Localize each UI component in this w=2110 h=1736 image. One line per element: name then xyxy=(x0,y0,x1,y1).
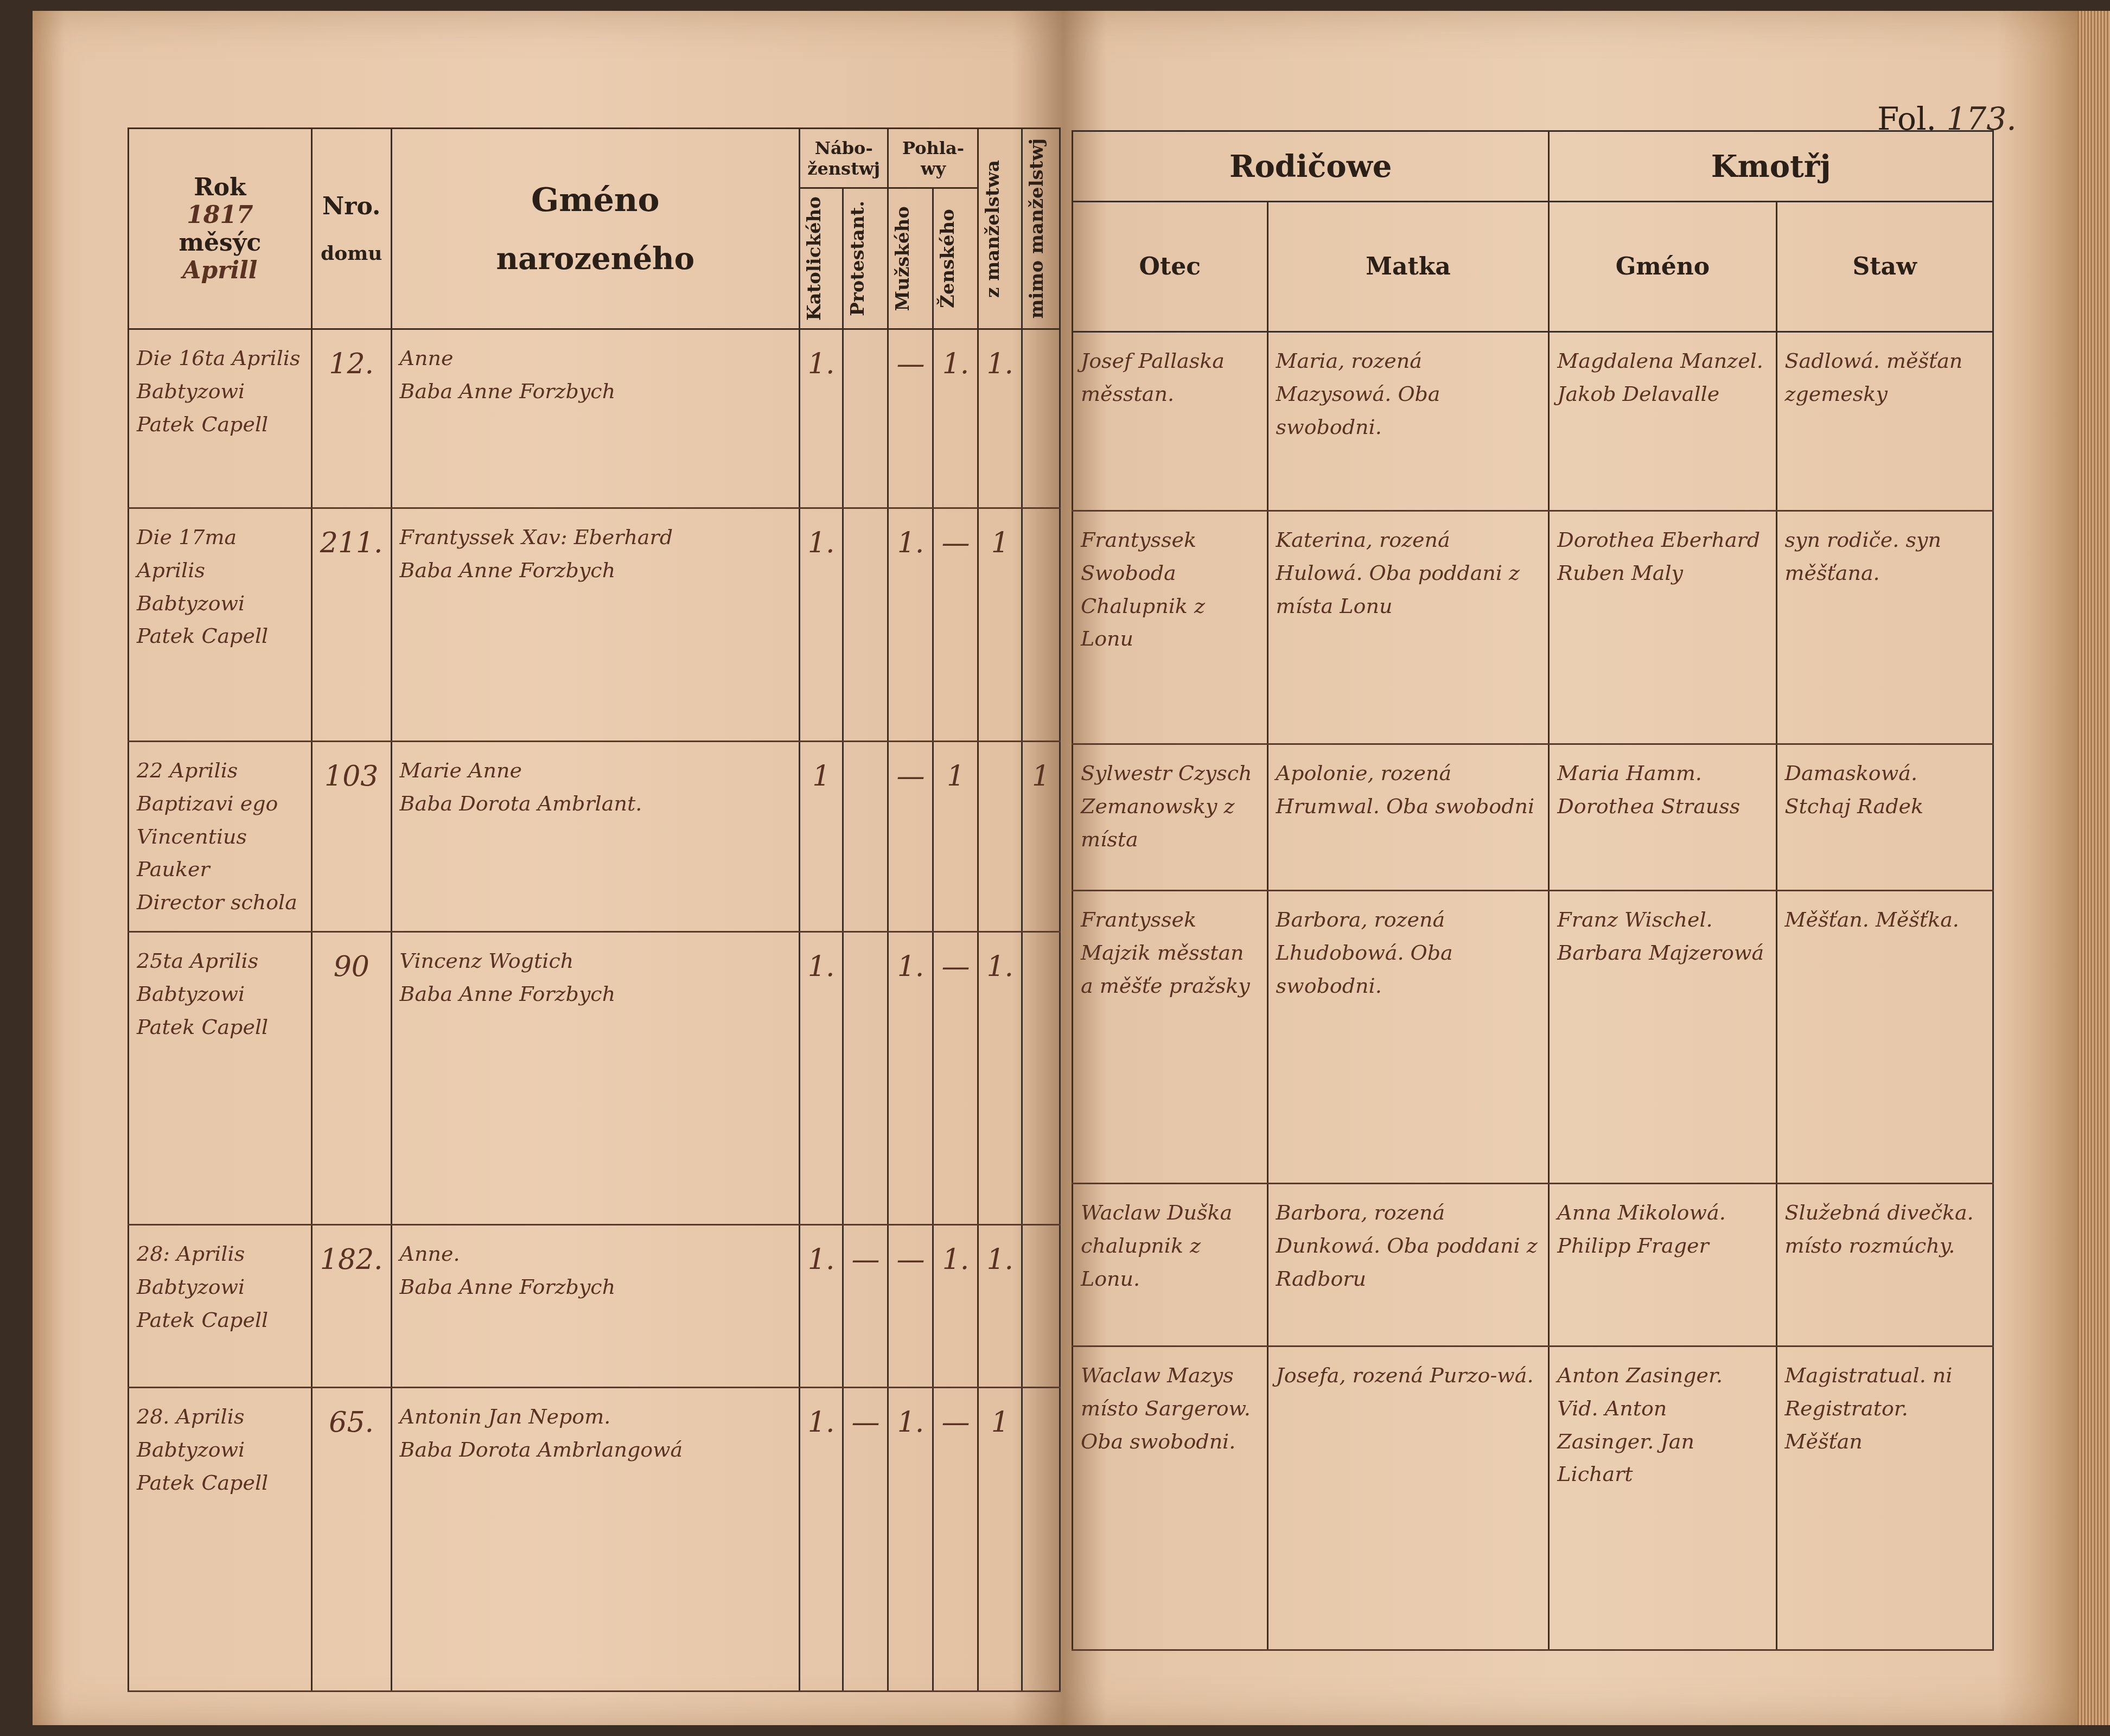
row-date: 28: Aprilis Babtyzowi Patek Capell xyxy=(129,1224,312,1387)
cell-muz: 1. xyxy=(888,508,933,742)
cell-staw: Sadlowá. měšťan zgemesky xyxy=(1776,332,1993,511)
birth-register-left: Rok 1817 měsýc Aprill Nro. domu Gméno na… xyxy=(128,127,1061,1692)
row-child: Anne.Baba Anne Forzbych xyxy=(391,1224,799,1387)
table-row: Waclaw Duška chalupnik z Lonu. Barbora, … xyxy=(1073,1184,1993,1346)
cell-prot xyxy=(843,329,888,508)
cell-otec: Waclaw Duška chalupnik z Lonu. xyxy=(1073,1184,1268,1346)
cell-prot xyxy=(843,742,888,932)
cell-kmotr: Anton Zasinger. Vid. Anton Zasinger. Jan… xyxy=(1549,1346,1776,1650)
cell-kmotr: Franz Wischel. Barbara Majzerowá xyxy=(1549,891,1776,1184)
cell-katol: 1 xyxy=(799,742,843,932)
header-house: Nro. domu xyxy=(311,129,391,329)
cell-manz: 1 xyxy=(978,508,1022,742)
cell-katol: 1. xyxy=(799,1224,843,1387)
table-row: 28: Aprilis Babtyzowi Patek Capell 182. … xyxy=(129,1224,1060,1387)
cell-manz: 1 xyxy=(978,1387,1022,1691)
midwife: Baba Dorota Ambrlangowá xyxy=(400,1433,791,1466)
child-name: Frantyssek Xav: Eberhard xyxy=(400,521,791,554)
cell-manz: 1. xyxy=(978,1224,1022,1387)
child-name: Vincenz Wogtich xyxy=(400,944,791,978)
header-nro: Nro. xyxy=(316,193,387,220)
header-religion: Nábo-ženstwj xyxy=(799,129,888,188)
header-kmotr-gmeno: Gméno xyxy=(1549,202,1776,332)
cell-manz xyxy=(978,742,1022,932)
cell-otec: Sylwestr Czysch Zemanowsky z místa xyxy=(1073,744,1268,891)
cell-muz: — xyxy=(888,742,933,932)
cell-kmotr: Magdalena Manzel. Jakob Delavalle xyxy=(1549,332,1776,511)
cell-manz: 1. xyxy=(978,931,1022,1224)
row-date: 22 Aprilis Baptizavi ego Vincentius Pauk… xyxy=(129,742,312,932)
cell-muz: 1. xyxy=(888,931,933,1224)
header-otec: Otec xyxy=(1073,202,1268,332)
cell-staw: Damaskowá. Stchaj Radek xyxy=(1776,744,1993,891)
header-rodicowe: Rodičowe xyxy=(1073,131,1549,202)
cell-matka: Barbora, rozená Lhudobowá. Oba swobodni. xyxy=(1267,891,1549,1184)
cell-kmotr: Anna Mikolowá. Philipp Frager xyxy=(1549,1184,1776,1346)
cell-zen: — xyxy=(933,931,978,1224)
table-row: Frantyssek Majzik měsstan a měšťe pražsk… xyxy=(1073,891,1993,1184)
cell-otec: Frantyssek Majzik měsstan a měšťe pražsk… xyxy=(1073,891,1268,1184)
row-date: Die 17ma Aprilis Babtyzowi Patek Capell xyxy=(129,508,312,742)
cell-mimo xyxy=(1022,931,1060,1224)
header-name: Gméno narozeného xyxy=(391,129,799,329)
cell-prot xyxy=(843,508,888,742)
header-zenske: Ženského xyxy=(937,209,959,308)
cell-katol: 1. xyxy=(799,329,843,508)
table-row: Frantyssek Swoboda Chalupnik z Lonu Kate… xyxy=(1073,511,1993,744)
child-name: Anne xyxy=(400,342,791,375)
header-legit: z manželstwa xyxy=(978,129,1022,329)
cell-kmotr: Maria Hamm. Dorothea Strauss xyxy=(1549,744,1776,891)
birth-register-right: Rodičowe Kmotřj Otec Matka Gméno Staw Jo… xyxy=(1072,130,1994,1651)
cell-muz: 1. xyxy=(888,1387,933,1691)
cell-matka: Apolonie, rozená Hrumwal. Oba swobodni xyxy=(1267,744,1549,891)
cell-zen: 1. xyxy=(933,1224,978,1387)
header-protestant: Protestant. xyxy=(847,201,869,316)
cell-matka: Maria, rozená Mazysowá. Oba swobodni. xyxy=(1267,332,1549,511)
cell-kmotr: Dorothea Eberhard Ruben Maly xyxy=(1549,511,1776,744)
row-house: 90 xyxy=(311,931,391,1224)
header-mesyc: měsýc xyxy=(132,229,308,257)
header-gmeno: Gméno xyxy=(396,181,795,219)
header-illegit: mimo manželstwj xyxy=(1022,129,1060,329)
table-row: 22 Aprilis Baptizavi ego Vincentius Pauk… xyxy=(129,742,1060,932)
cell-zen: 1 xyxy=(933,742,978,932)
cell-matka: Katerina, rozená Hulowá. Oba poddani z m… xyxy=(1267,511,1549,744)
cell-otec: Josef Pallaska měsstan. xyxy=(1073,332,1268,511)
cell-mimo xyxy=(1022,1387,1060,1691)
cell-mimo: 1 xyxy=(1022,742,1060,932)
row-house: 65. xyxy=(311,1387,391,1691)
table-row: 28. Aprilis Babtyzowi Patek Capell 65. A… xyxy=(129,1387,1060,1691)
header-katolicke: Katolického xyxy=(804,196,825,321)
header-narozeneho: narozeného xyxy=(396,241,795,277)
cell-matka: Barbora, rozená Dunkowá. Oba poddani z R… xyxy=(1267,1184,1549,1346)
child-name: Marie Anne xyxy=(400,754,791,787)
table-row: Die 17ma Aprilis Babtyzowi Patek Capell … xyxy=(129,508,1060,742)
row-child: Marie AnneBaba Dorota Ambrlant. xyxy=(391,742,799,932)
cell-matka: Josefa, rozená Purzo-wá. xyxy=(1267,1346,1549,1650)
cell-zen: 1. xyxy=(933,329,978,508)
cell-manz: 1. xyxy=(978,329,1022,508)
midwife: Baba Anne Forzbych xyxy=(400,554,791,587)
cell-mimo xyxy=(1022,508,1060,742)
row-child: Antonin Jan Nepom.Baba Dorota Ambrlangow… xyxy=(391,1387,799,1691)
table-row: Sylwestr Czysch Zemanowsky z místa Apolo… xyxy=(1073,744,1993,891)
header-year: 1817 xyxy=(132,201,308,229)
header-manzelstwa: z manželstwa xyxy=(982,160,1004,298)
cell-prot: — xyxy=(843,1387,888,1691)
header-month: Aprill xyxy=(132,257,308,284)
header-year-month: Rok 1817 měsýc Aprill xyxy=(129,129,312,329)
cell-katol: 1. xyxy=(799,1387,843,1691)
child-name: Anne. xyxy=(400,1237,791,1271)
row-date: Die 16ta Aprilis Babtyzowi Patek Capell xyxy=(129,329,312,508)
midwife: Baba Dorota Ambrlant. xyxy=(400,787,791,820)
cell-staw: Měšťan. Měšťka. xyxy=(1776,891,1993,1184)
header-domu: domu xyxy=(316,242,387,265)
header-matka: Matka xyxy=(1267,202,1549,332)
child-name: Antonin Jan Nepom. xyxy=(400,1400,791,1433)
midwife: Baba Anne Forzbych xyxy=(400,1271,791,1304)
row-child: Vincenz WogtichBaba Anne Forzbych xyxy=(391,931,799,1224)
cell-otec: Frantyssek Swoboda Chalupnik z Lonu xyxy=(1073,511,1268,744)
table-row: 25ta Aprilis Babtyzowi Patek Capell 90 V… xyxy=(129,931,1060,1224)
row-house: 211. xyxy=(311,508,391,742)
cell-muz: — xyxy=(888,1224,933,1387)
cell-katol: 1. xyxy=(799,508,843,742)
header-mimo: mimo manželstwj xyxy=(1026,138,1048,318)
cell-prot xyxy=(843,931,888,1224)
row-house: 12. xyxy=(311,329,391,508)
cell-staw: Služebná divečka. místo rozmúchy. xyxy=(1776,1184,1993,1346)
page-edges xyxy=(2077,11,2110,1725)
cell-katol: 1. xyxy=(799,931,843,1224)
cell-mimo xyxy=(1022,1224,1060,1387)
header-kmotri: Kmotřj xyxy=(1549,131,1993,202)
midwife: Baba Anne Forzbych xyxy=(400,375,791,408)
cell-otec: Waclaw Mazys místo Sargerow. Oba swobodn… xyxy=(1073,1346,1268,1650)
header-muzske: Mužského xyxy=(892,206,914,311)
cell-staw: Magistratual. ni Registrator. Měšťan xyxy=(1776,1346,1993,1650)
header-staw: Staw xyxy=(1776,202,1993,332)
cell-staw: syn rodiče. syn měšťana. xyxy=(1776,511,1993,744)
table-row: Josef Pallaska měsstan. Maria, rozená Ma… xyxy=(1073,332,1993,511)
header-sex: Pohla-wy xyxy=(888,129,978,188)
row-house: 182. xyxy=(311,1224,391,1387)
midwife: Baba Anne Forzbych xyxy=(400,978,791,1011)
row-house: 103 xyxy=(311,742,391,932)
row-child: Frantyssek Xav: EberhardBaba Anne Forzby… xyxy=(391,508,799,742)
cell-prot: — xyxy=(843,1224,888,1387)
table-row: Die 16ta Aprilis Babtyzowi Patek Capell … xyxy=(129,329,1060,508)
row-date: 28. Aprilis Babtyzowi Patek Capell xyxy=(129,1387,312,1691)
header-rok: Rok xyxy=(132,174,308,201)
row-date: 25ta Aprilis Babtyzowi Patek Capell xyxy=(129,931,312,1224)
table-row: Waclaw Mazys místo Sargerow. Oba swobodn… xyxy=(1073,1346,1993,1650)
cell-zen: — xyxy=(933,1387,978,1691)
cell-mimo xyxy=(1022,329,1060,508)
row-child: AnneBaba Anne Forzbych xyxy=(391,329,799,508)
cell-zen: — xyxy=(933,508,978,742)
cell-muz: — xyxy=(888,329,933,508)
